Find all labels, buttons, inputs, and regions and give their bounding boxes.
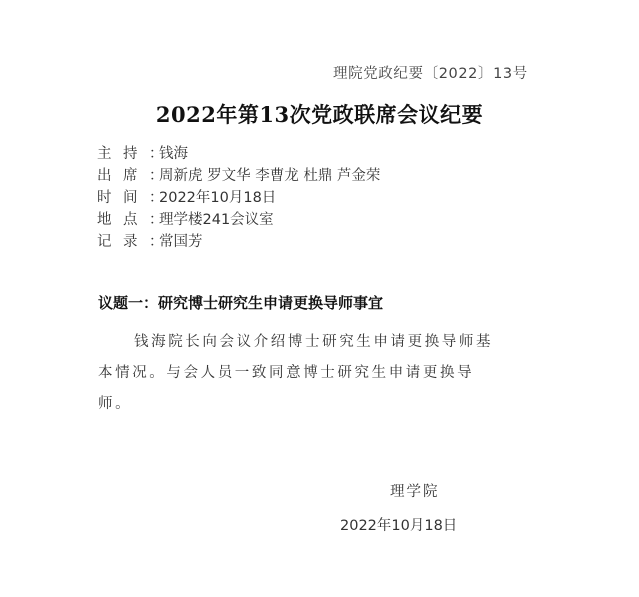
meta-row-host: 主持：钱海 [97,143,380,165]
meeting-info: 主持：钱海 出席：周新虎 罗文华 李曹龙 杜鼎 芦金荣 时间：2022年10月1… [97,143,380,253]
signature-date: 2022年10月18日 [340,514,457,535]
meta-row-recorder: 记录：常国芳 [97,231,380,253]
document-title: 2022年第13次党政联席会议纪要 [0,99,639,129]
meta-label: 主持 [97,143,149,165]
meta-value-attendees: 周新虎 罗文华 李曹龙 杜鼎 芦金荣 [159,168,380,184]
topic-body: 钱海院长向会议介绍博士研究生申请更换导师基本情况。与会人员一致同意博士研究生申请… [98,327,498,420]
meta-value-host: 钱海 [159,146,188,162]
meta-value-recorder: 常国芳 [159,234,203,250]
signature-organization: 理学院 [390,480,440,501]
meta-label: 记录 [97,231,149,253]
meta-label: 出席 [97,165,149,187]
meta-row-time: 时间：2022年10月18日 [97,187,380,209]
meta-label: 地点 [97,209,149,231]
document-number: 理院党政纪要〔2022〕13号 [333,62,528,83]
meta-value-location: 理学楼241会议室 [159,212,274,228]
topic-body-text: 钱海院长向会议介绍博士研究生申请更换导师基本情况。与会人员一致同意博士研究生申请… [98,334,493,412]
meta-row-location: 地点：理学楼241会议室 [97,209,380,231]
meta-value-time: 2022年10月18日 [159,190,276,206]
topic-heading: 议题一：研究博士研究生申请更换导师事宜 [98,292,383,313]
meta-label: 时间 [97,187,149,209]
meta-row-attendees: 出席：周新虎 罗文华 李曹龙 杜鼎 芦金荣 [97,165,380,187]
